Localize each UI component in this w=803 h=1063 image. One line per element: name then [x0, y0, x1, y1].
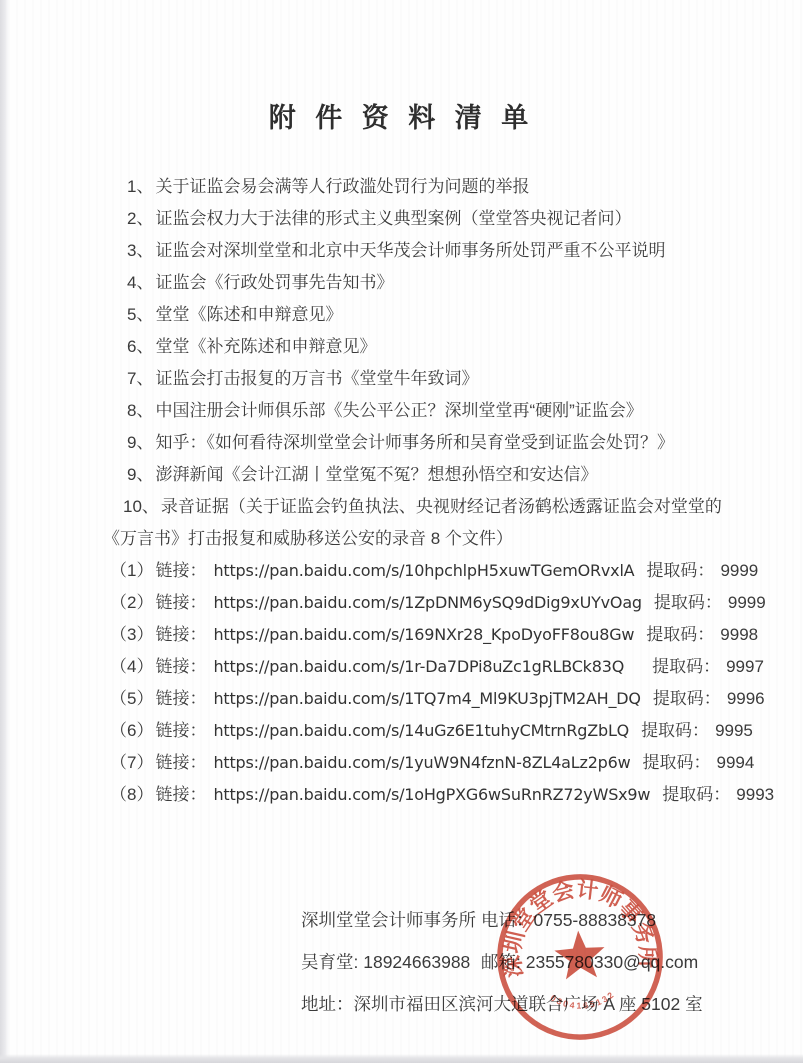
- link-label: 链接：: [155, 593, 206, 612]
- extraction-code: 9996: [727, 689, 765, 708]
- list-item: 8、中国注册会计师俱乐部《失公平公正？深圳堂堂再“硬刚”证监会》: [100, 395, 767, 427]
- item-text: 知乎：《如何看待深圳堂堂会计师事务所和吴育堂受到证监会处罚？》: [155, 433, 674, 452]
- list-item: 3、证监会对深圳堂堂和北京中天华茂会计师事务所处罚严重不公平说明: [100, 235, 767, 267]
- code-label: 提取码：: [646, 625, 714, 644]
- link-row: （4）链接：https://pan.baidu.com/s/1r-Da7DPi8…: [100, 651, 767, 683]
- list-item-10-line2: 《万言书》打击报复和威胁移送公安的录音 8 个文件）: [100, 523, 767, 555]
- item-number: 9、: [127, 465, 153, 484]
- list-item: 6、堂堂《补充陈述和申辩意见》: [100, 331, 767, 363]
- item-number: 2、: [127, 209, 153, 228]
- extraction-code: 9999: [728, 593, 766, 612]
- scanned-document-page: 附 件 资 料 清 单 1、关于证监会易会满等人行政滥处罚行为问题的举报 2、证…: [0, 0, 803, 1063]
- item-number: 10、: [123, 497, 159, 516]
- extraction-code: 9998: [720, 625, 758, 644]
- code-label: 提取码：: [654, 593, 722, 612]
- link-label: 链接：: [155, 721, 206, 740]
- item-text: 关于证监会易会满等人行政滥处罚行为问题的举报: [155, 177, 529, 196]
- footer-row: 吴育堂: 18924663988邮箱: 2355780330@qq.com: [301, 941, 703, 983]
- code-label: 提取码：: [643, 753, 711, 772]
- link-url: https://pan.baidu.com/s/1TQ7m4_Ml9KU3pjT…: [213, 689, 640, 708]
- link-label: 链接：: [155, 657, 206, 676]
- footer-contact-block: 深圳堂堂会计师事务所电话：0755-88838378 吴育堂: 18924663…: [301, 899, 703, 1025]
- link-row: （8）链接：https://pan.baidu.com/s/1oHgPXG6wS…: [100, 779, 767, 811]
- item-number: 3、: [127, 241, 153, 260]
- item-text: 证监会对深圳堂堂和北京中天华茂会计师事务所处罚严重不公平说明: [155, 241, 665, 260]
- item-number: 6、: [127, 337, 153, 356]
- link-label: 链接：: [155, 785, 206, 804]
- link-number: （1）: [110, 561, 153, 580]
- code-label: 提取码：: [646, 561, 714, 580]
- link-url: https://pan.baidu.com/s/1yuW9N4fznN-8ZL4…: [213, 753, 630, 772]
- company-name: 深圳堂堂会计师事务所: [301, 899, 481, 941]
- list-item: 9、知乎：《如何看待深圳堂堂会计师事务所和吴育堂受到证监会处罚？》: [100, 427, 767, 459]
- item-number: 8、: [127, 401, 153, 420]
- phone-number: 电话：0755-88838378: [481, 910, 656, 930]
- footer-row: 地址：深圳市福田区滨河大道联合广场 A 座 5102 室: [301, 983, 703, 1025]
- page-title: 附 件 资 料 清 单: [0, 96, 803, 135]
- item-text: 证监会权力大于法律的形式主义典型案例（堂堂答央视记者问）: [155, 209, 631, 228]
- link-url: https://pan.baidu.com/s/1ZpDNM6ySQ9dDig9…: [213, 593, 641, 612]
- code-label: 提取码：: [652, 657, 720, 676]
- postal-address: 地址：深圳市福田区滨河大道联合广场 A 座 5102 室: [301, 994, 703, 1014]
- item-text: 证监会《行政处罚事先告知书》: [155, 273, 393, 292]
- list-item-10-line1: 10、录音证据（关于证监会钓鱼执法、央视财经记者汤鹤松透露证监会对堂堂的: [100, 491, 767, 523]
- link-url: https://pan.baidu.com/s/1oHgPXG6wSuRnRZ7…: [213, 785, 650, 804]
- footer-row: 深圳堂堂会计师事务所电话：0755-88838378: [301, 899, 703, 941]
- link-label: 链接：: [155, 561, 206, 580]
- email-address: 邮箱: 2355780330@qq.com: [481, 952, 698, 972]
- list-item: 9、澎湃新闻《会计江湖丨堂堂冤不冤？想想孙悟空和安达信》: [100, 459, 767, 491]
- link-url: https://pan.baidu.com/s/1r-Da7DPi8uZc1gR…: [213, 657, 624, 676]
- code-label: 提取码：: [653, 689, 721, 708]
- link-number: （3）: [110, 625, 153, 644]
- link-number: （6）: [110, 721, 153, 740]
- link-row: （7）链接：https://pan.baidu.com/s/1yuW9N4fzn…: [100, 747, 767, 779]
- item-number: 4、: [127, 273, 153, 292]
- link-url: https://pan.baidu.com/s/10hpchlpH5xuwTGe…: [213, 561, 634, 580]
- item-text: 堂堂《补充陈述和申辩意见》: [155, 337, 376, 356]
- item-number: 5、: [127, 305, 153, 324]
- link-number: （2）: [110, 593, 153, 612]
- scan-edge-left: [0, 0, 9, 1063]
- extraction-code: 9997: [726, 657, 764, 676]
- item-text: 澎湃新闻《会计江湖丨堂堂冤不冤？想想孙悟空和安达信》: [155, 465, 597, 484]
- contact-person: 吴育堂: 18924663988: [301, 941, 481, 983]
- list-item: 4、证监会《行政处罚事先告知书》: [100, 267, 767, 299]
- code-label: 提取码：: [641, 721, 709, 740]
- link-row: （2）链接：https://pan.baidu.com/s/1ZpDNM6ySQ…: [100, 587, 767, 619]
- link-row: （1）链接：https://pan.baidu.com/s/10hpchlpH5…: [100, 555, 767, 587]
- link-row: （6）链接：https://pan.baidu.com/s/14uGz6E1tu…: [100, 715, 767, 747]
- item-text: 《万言书》打击报复和威胁移送公安的录音 8 个文件）: [103, 529, 513, 548]
- attachment-list: 1、关于证监会易会满等人行政滥处罚行为问题的举报 2、证监会权力大于法律的形式主…: [100, 171, 767, 811]
- code-label: 提取码：: [662, 785, 730, 804]
- link-label: 链接：: [155, 689, 206, 708]
- link-label: 链接：: [155, 625, 206, 644]
- link-number: （4）: [110, 657, 153, 676]
- link-label: 链接：: [155, 753, 206, 772]
- list-item: 7、证监会打击报复的万言书《堂堂牛年致词》: [100, 363, 767, 395]
- link-number: （5）: [110, 689, 153, 708]
- item-number: 1、: [127, 177, 153, 196]
- extraction-code: 9995: [715, 721, 753, 740]
- link-row: （3）链接：https://pan.baidu.com/s/169NXr28_K…: [100, 619, 767, 651]
- link-number: （7）: [110, 753, 153, 772]
- link-url: https://pan.baidu.com/s/14uGz6E1tuhyCMtr…: [213, 721, 629, 740]
- item-text: 堂堂《陈述和申辩意见》: [155, 305, 342, 324]
- list-item: 5、堂堂《陈述和申辩意见》: [100, 299, 767, 331]
- scan-edge-bottom: [0, 1054, 803, 1063]
- link-number: （8）: [110, 785, 153, 804]
- extraction-code: 9993: [736, 785, 774, 804]
- item-number: 7、: [127, 369, 153, 388]
- item-text: 证监会打击报复的万言书《堂堂牛年致词》: [155, 369, 478, 388]
- list-item: 1、关于证监会易会满等人行政滥处罚行为问题的举报: [100, 171, 767, 203]
- item-text: 中国注册会计师俱乐部《失公平公正？深圳堂堂再“硬刚”证监会》: [155, 401, 642, 420]
- link-url: https://pan.baidu.com/s/169NXr28_KpoDyoF…: [213, 625, 634, 644]
- link-row: （5）链接：https://pan.baidu.com/s/1TQ7m4_Ml9…: [100, 683, 767, 715]
- list-item: 2、证监会权力大于法律的形式主义典型案例（堂堂答央视记者问）: [100, 203, 767, 235]
- extraction-code: 9994: [717, 753, 755, 772]
- extraction-code: 9999: [720, 561, 758, 580]
- item-number: 9、: [127, 433, 153, 452]
- item-text: 录音证据（关于证监会钓鱼执法、央视财经记者汤鹤松透露证监会对堂堂的: [161, 497, 722, 516]
